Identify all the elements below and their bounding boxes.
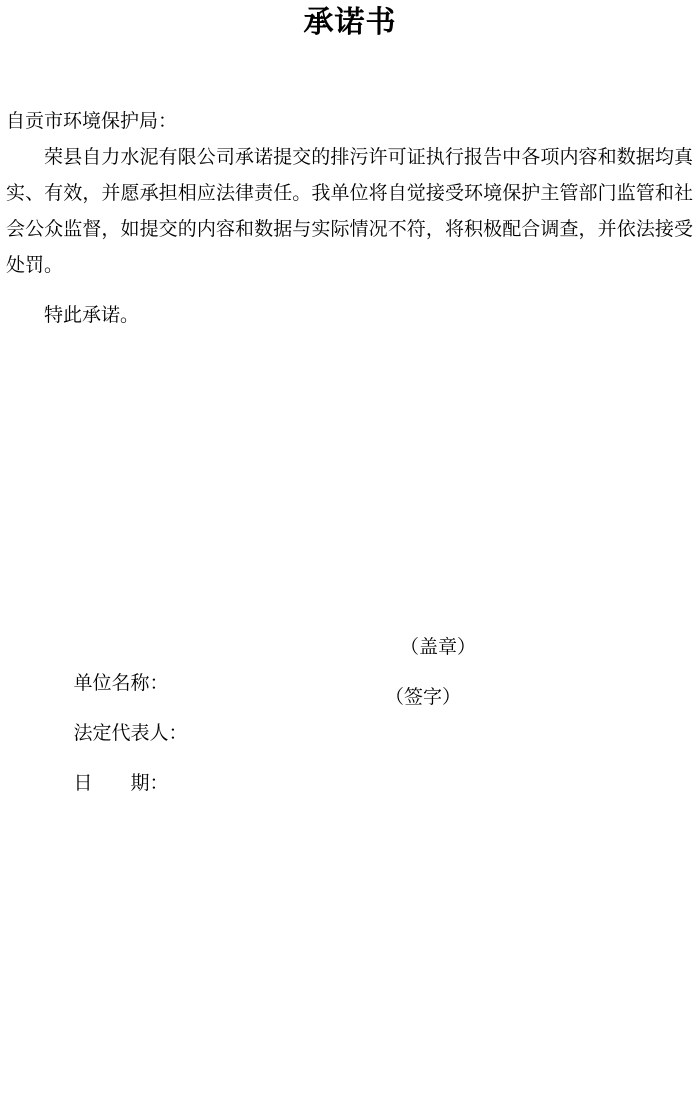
date-label: 日 期： <box>74 773 169 794</box>
legal-rep-row: 法定代表人： （签字） <box>0 680 700 716</box>
date-row: 日 期： <box>0 730 700 766</box>
closing-line: 特此承诺。 <box>6 298 693 334</box>
signature-note: （签字） <box>385 680 461 716</box>
document-page: 承诺书 自贡市环境保护局： 荣县自力水泥有限公司承诺提交的排污许可证执行报告中各… <box>0 0 700 1112</box>
document-title: 承诺书 <box>0 0 700 41</box>
seal-note: （盖章） <box>400 630 476 666</box>
commitment-paragraph: 荣县自力水泥有限公司承诺提交的排污许可证执行报告中各项内容和数据均真实、有效，并… <box>6 140 693 284</box>
signature-block: 单位名称： （盖章） 法定代表人： （签字） 日 期： <box>0 630 700 780</box>
document-body: 自贡市环境保护局： 荣县自力水泥有限公司承诺提交的排污许可证执行报告中各项内容和… <box>0 104 700 334</box>
unit-name-row: 单位名称： （盖章） <box>0 630 700 666</box>
salutation-line: 自贡市环境保护局： <box>6 104 693 140</box>
